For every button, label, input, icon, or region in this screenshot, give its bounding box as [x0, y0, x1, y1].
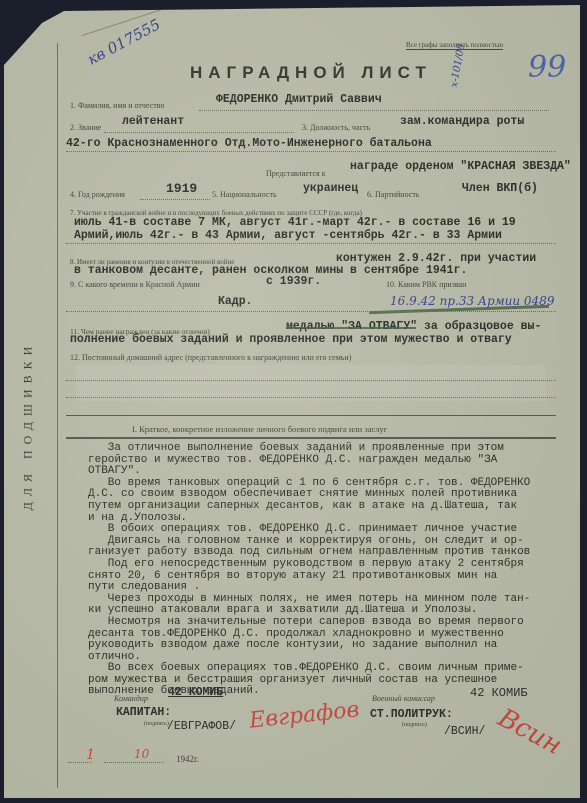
field-6-label: 6. Партийность	[367, 190, 419, 199]
commissar-signature: Всин	[493, 703, 567, 761]
field-7-value-line2: Армий,июль 42г.- в 43 Армии, август -сен…	[74, 229, 502, 242]
commander-label: Командир	[114, 694, 148, 703]
field-4-value: 1919	[166, 181, 197, 196]
page-title: НАГРАДНОЙ ЛИСТ	[190, 63, 432, 83]
field-10-label: 10. Каким РВК призван	[386, 280, 466, 289]
date-day: 1	[86, 747, 95, 763]
field-4-label: 4. Год рождения	[70, 190, 125, 199]
narrative-line: пути следования .	[88, 582, 578, 594]
field-12-label: 12. Постоянный домашний адрес (представл…	[70, 353, 351, 362]
narrative-line: За отличное выполнение боевых заданий и …	[88, 443, 578, 455]
field-1-label: 1. Фамилия, имя и отчество	[70, 101, 164, 110]
narrative-line: геройство и мужество тов. ФЕДОРЕНКО Д.С.…	[88, 455, 578, 467]
margin-label: ДЛЯ ПОДШИВКИ	[14, 325, 42, 525]
narrative-line: путем организации саперных десантов, как…	[88, 501, 578, 513]
commander-rank: КАПИТАН:	[116, 706, 171, 719]
commissar-rank: СТ.ПОЛИТРУК:	[370, 708, 453, 721]
narrative-line: Несмотря на значительные потери саперов …	[88, 617, 578, 629]
commissar-name: /ВСИН/	[444, 725, 485, 738]
narrative-line: руководить взводом даже после контузии, …	[88, 640, 578, 652]
field-10-value: Кадр.	[218, 295, 253, 308]
narrative-line: В обоих операциях тов. ФЕДОРЕНКО Д.С. пр…	[88, 524, 578, 536]
field-5-label: 5. Национальность	[212, 190, 277, 199]
field-2-value: лейтенант	[122, 115, 184, 128]
award-sheet: ДЛЯ ПОДШИВКИ кв 017555 Все графы заполня…	[4, 5, 580, 798]
margin-line	[57, 43, 58, 788]
narrative-body: За отличное выполнение боевых заданий и …	[88, 443, 578, 698]
date-year: 1942г.	[176, 754, 199, 764]
commissar-label: Военный комиссар	[372, 694, 435, 703]
commander-sub: (подпись)	[144, 721, 169, 727]
date-month: 10	[134, 747, 149, 761]
field-3-label: 3. Должность, часть	[302, 123, 370, 132]
field-2-label: 2. Звание	[70, 123, 101, 132]
field-11-value-line2: полнение боевых заданий и проявленное пр…	[70, 333, 512, 346]
narrative-line: Под его непосредственным руководством в …	[88, 559, 578, 571]
field-1-value: ФЕДОРЕНКО Дмитрий Саввич	[216, 93, 382, 106]
field-7-value-line1: июль 41-в составе 7 МК, август 41г.-март…	[74, 216, 516, 229]
presented-label: Представляется к	[266, 169, 326, 178]
field-3-value: зам.командира роты	[400, 115, 524, 128]
handwritten-archive-number: кв 017555	[84, 15, 163, 68]
commissar-sub: (подпись)	[402, 722, 427, 728]
green-strikethrough-2	[286, 327, 416, 329]
section-heading: I. Краткое, конкретное изложение личного…	[132, 424, 387, 434]
field-5-value: украинец	[303, 182, 358, 195]
field-9-value: с 1939г.	[266, 275, 321, 288]
commissar-unit: 42 КОМИБ	[470, 686, 528, 700]
commander-name: /ЕВГРАФОВ/	[167, 720, 236, 733]
commander-signature: Евграфов	[248, 697, 360, 733]
redacted-address	[76, 365, 546, 401]
presented-value: награде орденом "КРАСНАЯ ЗВЕЗДА"	[350, 160, 571, 173]
field-6-value: Член ВКП(б)	[462, 182, 538, 195]
diagonal-fold-line	[82, 0, 282, 36]
field-9-label: 9. С какого времени в Красной Армии	[70, 280, 200, 289]
field-3-value-line2: 42-го Краснознаменного Отд.Мото-Инженерн…	[66, 137, 432, 150]
commander-unit: 42 КОМИБ	[168, 686, 223, 699]
handwritten-mark: 99	[528, 50, 566, 85]
